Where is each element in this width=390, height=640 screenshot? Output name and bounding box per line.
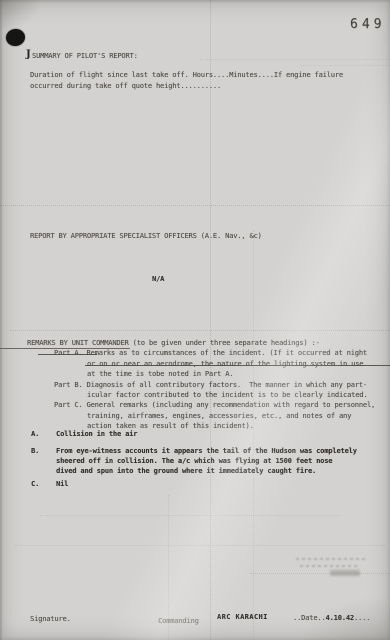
pen-mark: J xyxy=(26,49,31,60)
fold-crease-horizontal xyxy=(15,545,385,547)
fold-crease-horizontal xyxy=(250,573,390,575)
fold-crease-vertical xyxy=(210,0,212,640)
part-b-line: icular factor contributed to the inciden… xyxy=(87,392,367,399)
date-label: ..Date.. xyxy=(293,614,326,622)
specialist-heading: REPORT BY APPROPRIATE SPECIALIST OFFICER… xyxy=(30,233,262,240)
entry-b-line: From eye-witness accounts it appears the… xyxy=(56,448,357,455)
part-a-line: at the time is tobe noted in Part A. xyxy=(87,371,233,378)
remarks-heading-underlined: REMARKS BY UNIT COMMANDER xyxy=(27,339,129,347)
summary-heading: SUMMARY OF PILOT'S REPORT: xyxy=(32,53,138,60)
ink-blot-mark xyxy=(5,28,26,47)
date-value: 4.10.42 xyxy=(326,614,354,622)
fold-crease-horizontal xyxy=(0,205,390,207)
part-b-line: Part B. Diagnosis of all contributory fa… xyxy=(54,382,367,389)
fold-crease-vertical xyxy=(253,230,255,640)
scanned-report-page: 649 J SUMMARY OF PILOT'S REPORT: Duratio… xyxy=(0,0,390,640)
date-field: ..Date..4.10.42.... xyxy=(293,615,370,622)
pencil-dotted-line xyxy=(300,65,390,67)
entry-c-label: C. xyxy=(31,481,39,488)
fold-crease-horizontal xyxy=(40,515,340,517)
entry-b-line: sheered off in collision. The a/c which … xyxy=(56,458,332,465)
entry-a-text: Collision in the air xyxy=(56,431,137,438)
summary-line: Duration of flight since last take off. … xyxy=(30,72,343,79)
specialist-entry: N/A xyxy=(152,276,164,283)
remarks-heading-rest: (to be given under three separate headin… xyxy=(129,339,320,347)
pencil-dotted-line xyxy=(200,59,390,61)
signature-label: Signature. xyxy=(30,616,71,623)
strikethrough-line xyxy=(38,354,97,355)
fold-crease-horizontal xyxy=(10,330,390,332)
entry-c-text: Nil xyxy=(56,481,68,488)
summary-line: occurred during take off quote height...… xyxy=(30,83,221,90)
station-name: ARC KARACHI xyxy=(217,614,268,621)
bleed-through-marks xyxy=(296,558,368,560)
entry-a-label: A. xyxy=(31,431,39,438)
part-c-line: action taken as result of this incident)… xyxy=(87,423,254,430)
scan-shading-overlay xyxy=(0,0,390,640)
part-c-line: training, airframes, engines, accessorie… xyxy=(87,413,351,420)
strikethrough-line xyxy=(85,365,390,366)
date-trailing-dots: .... xyxy=(354,614,370,622)
commanding-text: Commanding xyxy=(158,618,199,625)
page-number: 649 xyxy=(350,17,385,32)
bleed-through-marks xyxy=(300,565,360,567)
entry-b-line: dived and spun into the ground where it … xyxy=(56,468,316,475)
entry-b-label: B. xyxy=(31,448,39,455)
part-a-line: Part A. Remarks as to circumstances of t… xyxy=(54,350,367,357)
remarks-heading: REMARKS BY UNIT COMMANDER (to be given u… xyxy=(27,340,320,347)
part-c-line: Part C. General remarks (including any r… xyxy=(54,402,375,409)
ink-smudge xyxy=(330,570,360,576)
